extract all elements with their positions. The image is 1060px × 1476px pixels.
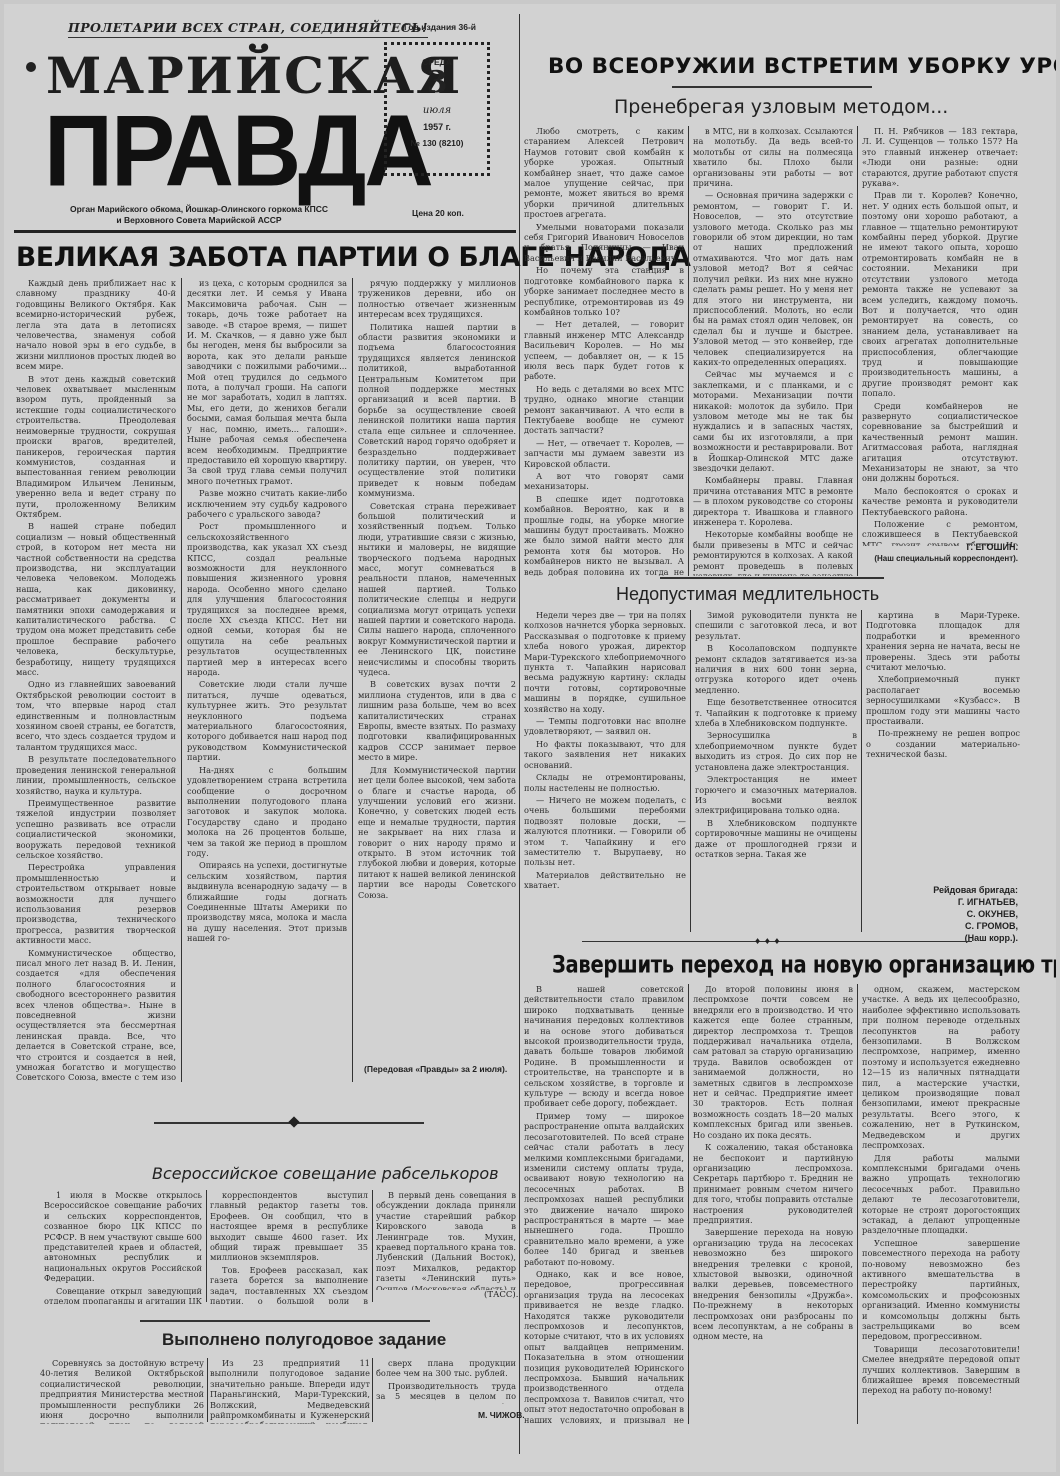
separator-ornament: ♦ ♦ ♦ (754, 938, 781, 946)
semiannual-headline: Выполнено полугодовое задание (162, 1330, 446, 1350)
masthead-organ: Орган Марийского обкома, Йошкар-Олинског… (64, 204, 334, 226)
paragraph: Для работы малыми комплексными бригадами… (862, 1153, 1020, 1236)
paragraph: Совещание открыл заведующий отделом проп… (44, 1286, 202, 1304)
paragraph: Советская страна переживает большой поли… (358, 501, 516, 678)
semiannual-column-2: Из 23 предприятий 11 выполнили полугодов… (210, 1358, 370, 1424)
paragraph: Комбайнеры правы. Главная причина отстав… (693, 475, 853, 527)
paragraph: Для Коммунистической партии нет цели бол… (358, 765, 516, 900)
organ-line-1: Орган Марийского обкома, Йошкар-Олинског… (64, 204, 334, 215)
harvest-column-3: П. Н. Рябчиков — 183 гектара, Л. И. Суще… (862, 126, 1018, 546)
paragraph: В спешке идет подготовка комбайнов. Веро… (524, 494, 684, 576)
paragraph: Товарищи лесозаготовители! Смелее внедря… (862, 1344, 1020, 1396)
rabselkor-column-2: корреспондентов выступил главный редакто… (210, 1190, 368, 1304)
paragraph: Из 23 предприятий 11 выполнили полугодов… (210, 1358, 370, 1424)
paragraph: Хлебоприемочный пункт располагает восемь… (866, 674, 1020, 726)
paragraph: Недели через две — три на полях колхозов… (524, 610, 686, 714)
paragraph: Склады не отремонтированы, полы настелен… (524, 772, 686, 793)
paragraph: — Нет деталей, — говорит главный инженер… (524, 319, 684, 381)
rabselkor-source: (ТАСС). (484, 1290, 518, 1300)
date-month: июля (387, 105, 487, 116)
paragraph: Мало беспокоятся о сроках и качестве рем… (862, 486, 1018, 517)
column-rule (372, 1190, 373, 1302)
column-rule (181, 278, 182, 1082)
semiannual-column-3: сверх плана продукции более чем на 300 т… (376, 1358, 516, 1404)
column-rule (352, 278, 353, 1082)
paragraph: Зимой руководители пункта не спешили с з… (695, 610, 857, 641)
signature-3: С. ГРОМОВ, (884, 920, 1018, 932)
ink-dot (26, 62, 36, 72)
paragraph: До второй половины июня в леспромхозе по… (693, 984, 853, 1140)
date-day: 3 (387, 67, 487, 99)
paragraph: картина в Мари-Турекe. Подготовка площад… (866, 610, 1020, 672)
semiannual-column-1: Соревнуясь за достойную встречу 40-летия… (40, 1358, 204, 1424)
editorial-source: (Передовая «Правды» за 2 июля). (364, 1064, 507, 1074)
masthead-title-line2: ПРАВДА (44, 94, 432, 210)
paragraph: 1 июля в Москве открылось Всероссийское … (44, 1190, 202, 1284)
paragraph: Умелыми новаторами показали себя Григори… (524, 222, 684, 264)
harvest-author: Г. ЕГОШИН. (862, 541, 1018, 553)
separator-rule (660, 577, 884, 579)
paragraph: А вот что говорят сами механизаторы. (524, 471, 684, 492)
column-rule (688, 984, 689, 1424)
forestry-column-3: одном, скажем, мастерском участке. А вед… (862, 984, 1020, 1424)
paragraph: В Хлебниковском подпункте сортировочные … (695, 818, 857, 860)
paragraph: Но ведь с деталями во всех МТС трудно, о… (524, 384, 684, 436)
paragraph: Материалов действительно не хватает. (524, 870, 686, 891)
paragraph: Но почему эта станция в подготовке комба… (524, 265, 684, 317)
separator-ornament (288, 1116, 299, 1127)
slowness-column-3: картина в Мари-Турекe. Подготовка площад… (866, 610, 1020, 882)
paragraph: Успешное завершение повсеместного перехо… (862, 1238, 1020, 1342)
harvest-banner: ВО ВСЕОРУЖИИ ВСТРЕТИМ УБОРКУ УРОЖАЯ (548, 54, 1056, 79)
paragraph: Электростанция не имеет горючего и смазо… (695, 774, 857, 816)
signature-1: Г. ИГНАТЬЕВ, (884, 896, 1018, 908)
column-rule (688, 126, 689, 576)
paragraph: — Темпы подготовки нас вполне удовлетвор… (524, 716, 686, 737)
paragraph: Опираясь на успехи, достигнутые сельским… (187, 860, 347, 943)
signature-label: Рейдовая бригада: (884, 884, 1018, 896)
editorial-column-3: рячую поддержку у миллионов тружеников д… (358, 278, 516, 1058)
paragraph: — Нет, — отвечает т. Королев, — запчасти… (524, 438, 684, 469)
forestry-column-1: В нашей советской действительности стало… (524, 984, 684, 1424)
paragraph: — Основная причина задержки с ремонтом, … (693, 190, 853, 367)
paragraph: В нашей стране победил социализм — новый… (16, 521, 176, 677)
forestry-column-2: До второй половины июня в леспромхозе по… (693, 984, 853, 1424)
paragraph: Пример тому — широкое распространение оп… (524, 1111, 684, 1267)
paragraph: По-прежнему не решен вопрос о создании м… (866, 728, 1020, 759)
paragraph: корреспондентов выступил главный редакто… (210, 1190, 368, 1263)
slowness-headline: Недопустимая медлительность (616, 584, 879, 605)
paragraph: Советские люди стали лучше питаться, луч… (187, 679, 347, 762)
paragraph: Любо смотреть, с каким старанием Алексей… (524, 126, 684, 220)
paragraph: В нашей советской действительности стало… (524, 984, 684, 1109)
semiannual-author: М. ЧИЖОВ. (478, 1410, 525, 1420)
page-divider (519, 14, 520, 1454)
paragraph: Преимущественное развитие тяжелой индуст… (16, 798, 176, 860)
paragraph: Соревнуясь за достойную встречу 40-летия… (40, 1358, 204, 1424)
separator-rule (140, 1320, 430, 1322)
paragraph: рячую поддержку у миллионов тружеников д… (358, 278, 516, 320)
editorial-column-1: Каждый день приближает нас к славному пр… (16, 278, 176, 1082)
paragraph: Однако, как и все новое, передовое, прог… (524, 1269, 684, 1424)
paragraph: К сожалению, такая обстановка не беспоко… (693, 1142, 853, 1225)
editorial-column-2: из цеха, с которым сроднился за десятки … (187, 278, 347, 1082)
paragraph: Перестройка управления промышленностью и… (16, 862, 176, 945)
column-rule (861, 610, 862, 932)
paragraph: Рост промышленного и сельскохозяйственно… (187, 521, 347, 677)
paragraph: Некоторые комбайны вообще не были привез… (693, 529, 853, 576)
column-rule (690, 610, 691, 932)
paragraph: В Косолаповском подпункте ремонт складов… (695, 643, 857, 695)
paragraph: Разве можно считать какие-либо исключени… (187, 488, 347, 519)
harvest-column-2: в МТС, ни в колхозах. Ссылаются на молот… (693, 126, 853, 576)
issue-number: № 130 (8210) (387, 138, 487, 148)
paragraph: в МТС, ни в колхозах. Ссылаются на молот… (693, 126, 853, 188)
paragraph: Зерносушилка в хлебоприемочном пункте бу… (695, 730, 857, 772)
organ-line-2: и Верховного Совета Марийской АССР (64, 215, 334, 226)
forestry-headline: Завершить переход на новую организацию т… (552, 950, 1056, 979)
harvest-byline: Г. ЕГОШИН. (Наш специальный корреспонден… (862, 541, 1018, 565)
harvest-column-1: Любо смотреть, с каким старанием Алексей… (524, 126, 684, 576)
harvest-author-note: (Наш специальный корреспондент). (862, 553, 1018, 565)
rabselkor-column-3: В первый день совещания в обсуждении док… (376, 1190, 516, 1290)
banner-underline (672, 86, 872, 88)
signature-note: (Наш корр.). (884, 932, 1018, 944)
paragraph: Каждый день приближает нас к славному пр… (16, 278, 176, 372)
paragraph: Прав ли т. Королев? Конечно, нет. У одни… (862, 190, 1018, 398)
slowness-column-1: Недели через две — три на полях колхозов… (524, 610, 686, 936)
date-box: СРЕДА 3 июля 1957 г. № 130 (8210) (384, 42, 490, 176)
paragraph: — Ничего не можем поделать, с очень боль… (524, 795, 686, 868)
slowness-column-2: Зимой руководители пункта не спешили с з… (695, 610, 857, 936)
paragraph: одном, скажем, мастерском участке. А вед… (862, 984, 1020, 1151)
rabselkor-column-1: 1 июля в Москве открылось Всероссийское … (44, 1190, 202, 1304)
signature-2: С. ОКУНЕВ, (884, 908, 1018, 920)
column-rule (372, 1358, 373, 1422)
paragraph: Сейчас мы мучаемся и с заклепками, и с п… (693, 369, 853, 473)
paragraph: Завершение перехода на новую организацию… (693, 1227, 853, 1341)
year-of-publication: Год издания 36-й (404, 22, 476, 32)
paragraph: Тов. Ерофеев рассказал, как газета борет… (210, 1265, 368, 1304)
paragraph: На-днях с большим удовлетворением страна… (187, 765, 347, 859)
column-rule (207, 1358, 208, 1422)
paragraph: В этот день каждый советский человек охв… (16, 374, 176, 520)
rabselkor-headline: Всероссийское совещание рабселькоров (152, 1164, 499, 1183)
harvest-headline: Пренебрегая узловым методом... (614, 96, 948, 118)
paragraph: Но факты показывают, что для такого заяв… (524, 739, 686, 770)
slowness-signatures: Рейдовая бригада: Г. ИГНАТЬЕВ, С. ОКУНЕВ… (884, 884, 1018, 944)
paragraph: Одно из главнейших завоеваний Октябрьско… (16, 679, 176, 752)
newspaper-page: ПРОЛЕТАРИИ ВСЕХ СТРАН, СОЕДИНЯЙТЕСЬ! МАР… (4, 4, 1056, 1472)
paragraph: В результате последовательного проведени… (16, 754, 176, 796)
price: Цена 20 коп. (412, 208, 464, 218)
paragraph: В советских вузах почти 2 миллиона студе… (358, 679, 516, 762)
paragraph: Производительность труда за 5 месяцев в … (376, 1381, 516, 1404)
paragraph: П. Н. Рябчиков — 183 гектара, Л. И. Суще… (862, 126, 1018, 188)
column-rule (857, 984, 858, 1424)
paragraph: Коммунистическое общество, писал много л… (16, 948, 176, 1082)
paragraph: В первый день совещания в обсуждении док… (376, 1190, 516, 1290)
paragraph: из цеха, с которым сроднился за десятки … (187, 278, 347, 486)
paragraph: Среди комбайнеров не развернуто социалис… (862, 401, 1018, 484)
date-year: 1957 г. (387, 122, 487, 132)
paragraph: Еще безответственнее относится т. Чапайк… (695, 697, 857, 728)
paragraph: сверх плана продукции более чем на 300 т… (376, 1358, 516, 1379)
masthead-motto: ПРОЛЕТАРИИ ВСЕХ СТРАН, СОЕДИНЯЙТЕСЬ! (68, 20, 428, 38)
column-rule (857, 126, 858, 576)
masthead-rule (14, 230, 516, 233)
paragraph: Политика нашей партии в области развития… (358, 322, 516, 499)
column-rule (206, 1190, 207, 1302)
